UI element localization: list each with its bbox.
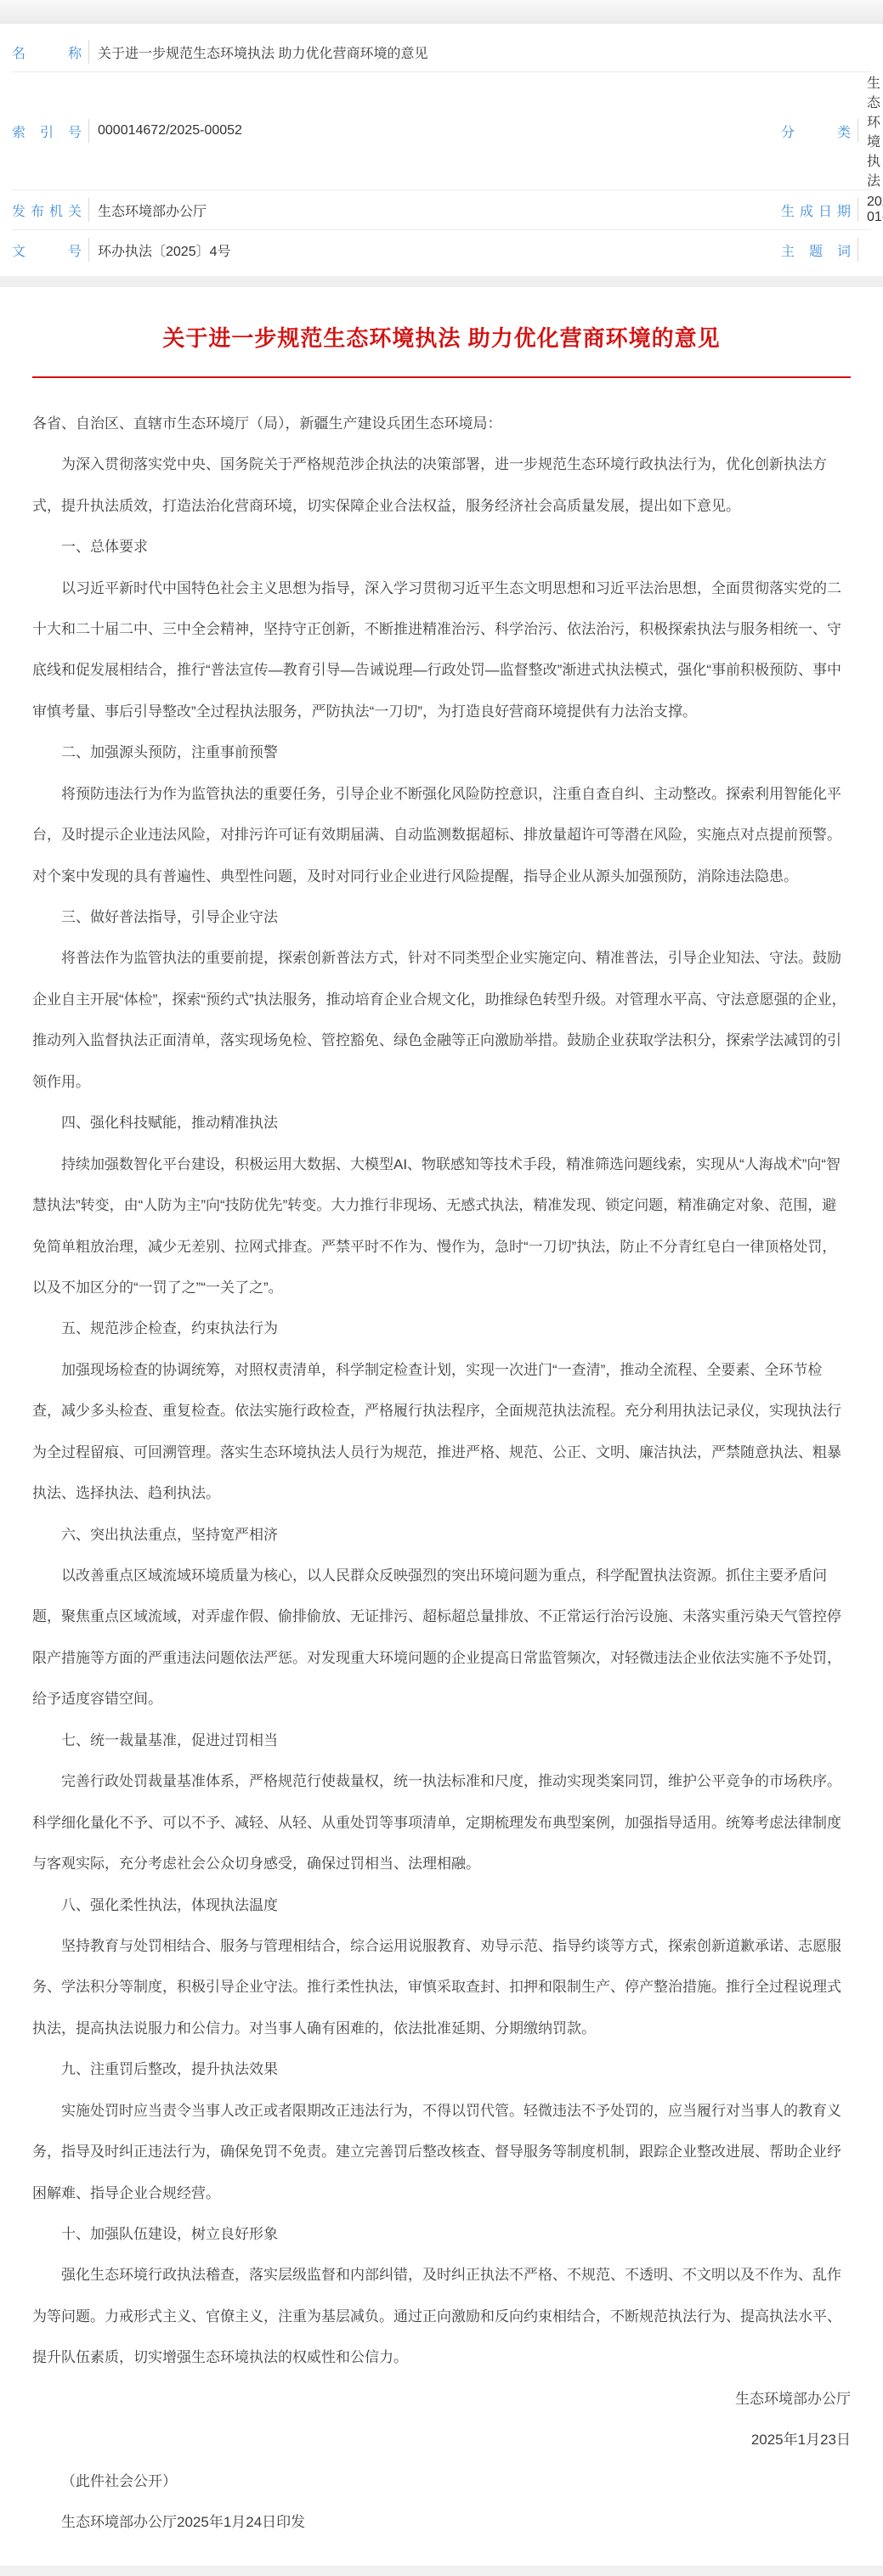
paragraph: 将普法作为监管执法的重要前提，探索创新普法方式，针对不同类型企业实施定向、精准普…	[32, 938, 851, 1103]
bottom-gray-strip	[0, 2566, 883, 2576]
paragraph: 坚持教育与处罚相结合、服务与管理相结合，综合运用说服教育、劝导示范、指导约谈等方…	[32, 1926, 851, 2049]
section-heading-1: 一、总体要求	[32, 527, 851, 568]
meta-value-name: 关于进一步规范生态环境执法 助力优化营商环境的意见	[98, 42, 427, 62]
meta-divider	[858, 198, 858, 222]
note-print: 生态环境部办公厅2025年1月24日印发	[32, 2502, 851, 2543]
meta-label-doc-number: 文号	[12, 240, 82, 260]
meta-row-name: 名称 关于进一步规范生态环境执法 助力优化营商环境的意见	[12, 32, 871, 71]
meta-value-index: 000014672/2025-00052	[98, 123, 242, 138]
meta-divider	[88, 119, 89, 143]
meta-label-index: 索引号	[12, 121, 82, 141]
paragraph: 以改善重点区域流域环境质量为核心，以人民群众反映强烈的突出环境问题为重点，科学配…	[32, 1556, 851, 1720]
top-gray-bar	[0, 0, 883, 24]
page: 名称 关于进一步规范生态环境执法 助力优化营商环境的意见 索引号 0000146…	[0, 0, 883, 2576]
paragraph: 强化生态环境行政执法稽查，落实层级监督和内部纠错，及时纠正执法不严格、不规范、不…	[32, 2255, 851, 2378]
signature-org: 生态环境部办公厅	[32, 2379, 851, 2420]
paragraph: 持续加强数智化平台建设，积极运用大数据、大模型AI、物联感知等技术手段，精准筛选…	[32, 1144, 851, 1309]
meta-row-docnum-keywords: 文号 环办执法〔2025〕4号 主题词	[12, 229, 871, 269]
meta-divider	[858, 119, 858, 143]
section-heading-5: 五、规范涉企检查，约束执法行为	[32, 1308, 851, 1349]
meta-value-agency: 生态环境部办公厅	[98, 201, 207, 220]
paragraph: 以习近平新时代中国特色社会主义思想为指导，深入学习贯彻习近平生态文明思想和习近平…	[32, 568, 851, 733]
meta-label-agency: 发布机关	[12, 201, 82, 220]
meta-label-keywords: 主题词	[781, 240, 851, 260]
section-heading-8: 八、强化柔性执法，体现执法温度	[32, 1885, 851, 1926]
meta-divider	[88, 238, 89, 262]
section-heading-10: 十、加强队伍建设，树立良好形象	[32, 2214, 851, 2255]
section-heading-3: 三、做好普法指导，引导企业守法	[32, 897, 851, 938]
article-title: 关于进一步规范生态环境执法 助力优化营商环境的意见	[32, 325, 851, 353]
paragraph: 为深入贯彻落实党中央、国务院关于严格规范涉企执法的决策部署，进一步规范生态环境行…	[32, 444, 851, 527]
signature-date: 2025年1月23日	[32, 2420, 851, 2460]
meta-row-agency-date: 发布机关 生态环境部办公厅 生成日期 2025-01-24	[12, 189, 871, 229]
meta-divider	[858, 238, 858, 262]
meta-label-gen-date: 生成日期	[781, 201, 851, 220]
meta-divider	[88, 40, 89, 64]
section-heading-7: 七、统一裁量基准，促进过罚相当	[32, 1720, 851, 1761]
meta-label-category: 分类	[781, 121, 851, 141]
meta-value-category: 生态环境执法	[867, 72, 880, 189]
section-heading-2: 二、加强源头预防，注重事前预警	[32, 732, 851, 773]
note-public: （此件社会公开）	[32, 2461, 851, 2502]
meta-value-doc-number: 环办执法〔2025〕4号	[98, 240, 231, 260]
paragraph: 加强现场检查的协调统筹，对照权责清单，科学制定检查计划，实现一次进门“一查清”，…	[32, 1350, 851, 1515]
paragraph: 实施处罚时应当责令当事人改正或者限期改正违法行为，不得以罚代管。轻微违法不予处罚…	[32, 2091, 851, 2214]
meta-row-index-category: 索引号 000014672/2025-00052 分类 生态环境执法	[12, 71, 871, 189]
document-meta-table: 名称 关于进一步规范生态环境执法 助力优化营商环境的意见 索引号 0000146…	[0, 24, 883, 276]
section-heading-6: 六、突出执法重点，坚持宽严相济	[32, 1515, 851, 1556]
meta-label-name: 名称	[12, 42, 82, 62]
section-heading-9: 九、注重罚后整改，提升执法效果	[32, 2049, 851, 2090]
meta-divider	[88, 198, 89, 222]
paragraph: 将预防违法行为作为监管执法的重要任务，引导企业不断强化风险防控意识，注重自查自纠…	[32, 774, 851, 897]
section-separator-band	[0, 276, 883, 287]
document-article: 关于进一步规范生态环境执法 助力优化营商环境的意见 各省、自治区、直辖市生态环境…	[0, 325, 883, 2566]
paragraph: 完善行政处罚裁量基准体系，严格规范行使裁量权，统一执法标准和尺度，推动实现类案同…	[32, 1761, 851, 1884]
section-heading-4: 四、强化科技赋能，推动精准执法	[32, 1103, 851, 1144]
title-red-divider	[32, 376, 851, 378]
salutation: 各省、自治区、直辖市生态环境厅（局），新疆生产建设兵团生态环境局：	[32, 404, 851, 444]
meta-value-gen-date: 2025-01-24	[867, 195, 883, 225]
